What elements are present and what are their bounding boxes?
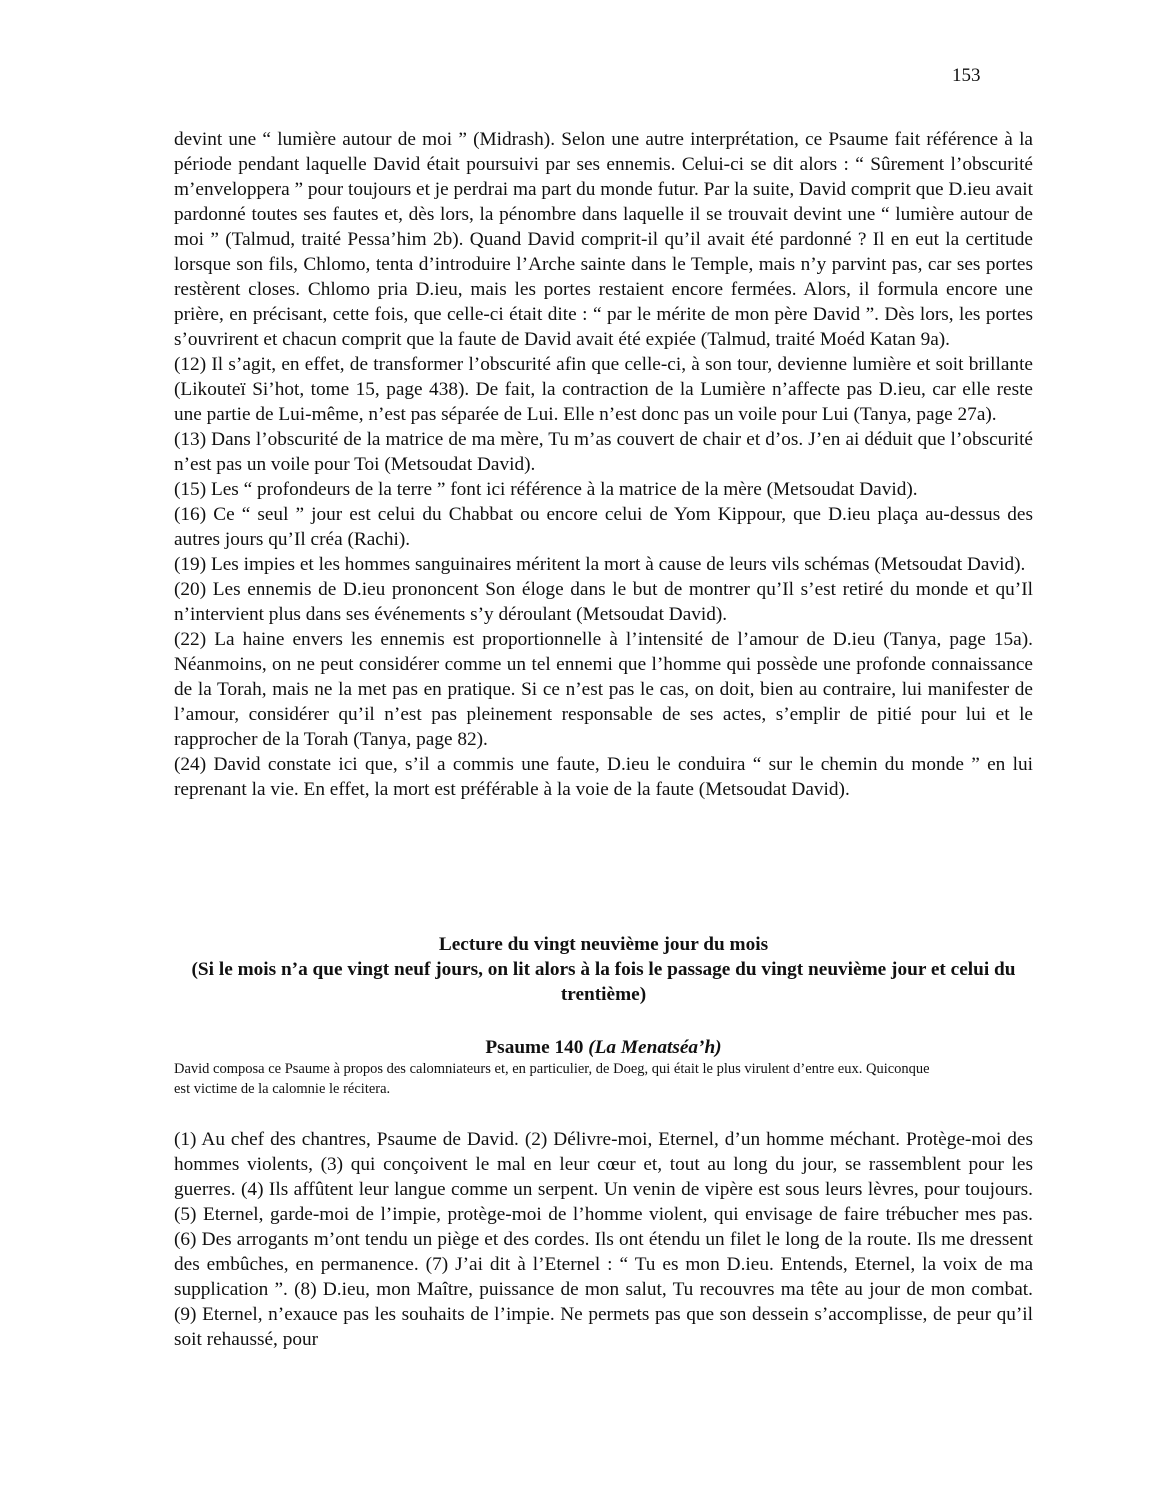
psalm-intro-text: David composa ce Psaume à propos des cal… (174, 1059, 944, 1099)
note-24: (24) David constate ici que, s’il a comm… (174, 752, 1033, 802)
section-heading-title: Lecture du vingt neuvième jour du mois (174, 932, 1033, 957)
psalm-title-number: Psaume 140 (485, 1037, 588, 1058)
psalm-intro: David composa ce Psaume à propos des cal… (174, 1059, 944, 1099)
footnotes-section: devint une “ lumière autour de moi ” (Mi… (174, 127, 1033, 802)
note-19: (19) Les impies et les hommes sanguinair… (174, 552, 1033, 577)
note-continuation: devint une “ lumière autour de moi ” (Mi… (174, 127, 1033, 352)
section-heading: Lecture du vingt neuvième jour du mois (… (174, 932, 1033, 1007)
psalm-title: Psaume 140 (La Menatséa’h) (174, 1035, 1033, 1060)
psalm-body: (1) Au chef des chantres, Psaume de Davi… (174, 1127, 1033, 1352)
note-22: (22) La haine envers les ennemis est pro… (174, 627, 1033, 752)
note-20: (20) Les ennemis de D.ieu prononcent Son… (174, 577, 1033, 627)
note-15: (15) Les “ profondeurs de la terre ” fon… (174, 477, 1033, 502)
note-12: (12) Il s’agit, en effet, de transformer… (174, 352, 1033, 427)
section-heading-note: (Si le mois n’a que vingt neuf jours, on… (174, 957, 1033, 1007)
page-number: 153 (952, 64, 981, 88)
note-13: (13) Dans l’obscurité de la matrice de m… (174, 427, 1033, 477)
psalm-title-hebrew: (La Menatséa’h) (588, 1037, 721, 1058)
note-16: (16) Ce “ seul ” jour est celui du Chabb… (174, 502, 1033, 552)
psalm-body-text: (1) Au chef des chantres, Psaume de Davi… (174, 1127, 1033, 1352)
